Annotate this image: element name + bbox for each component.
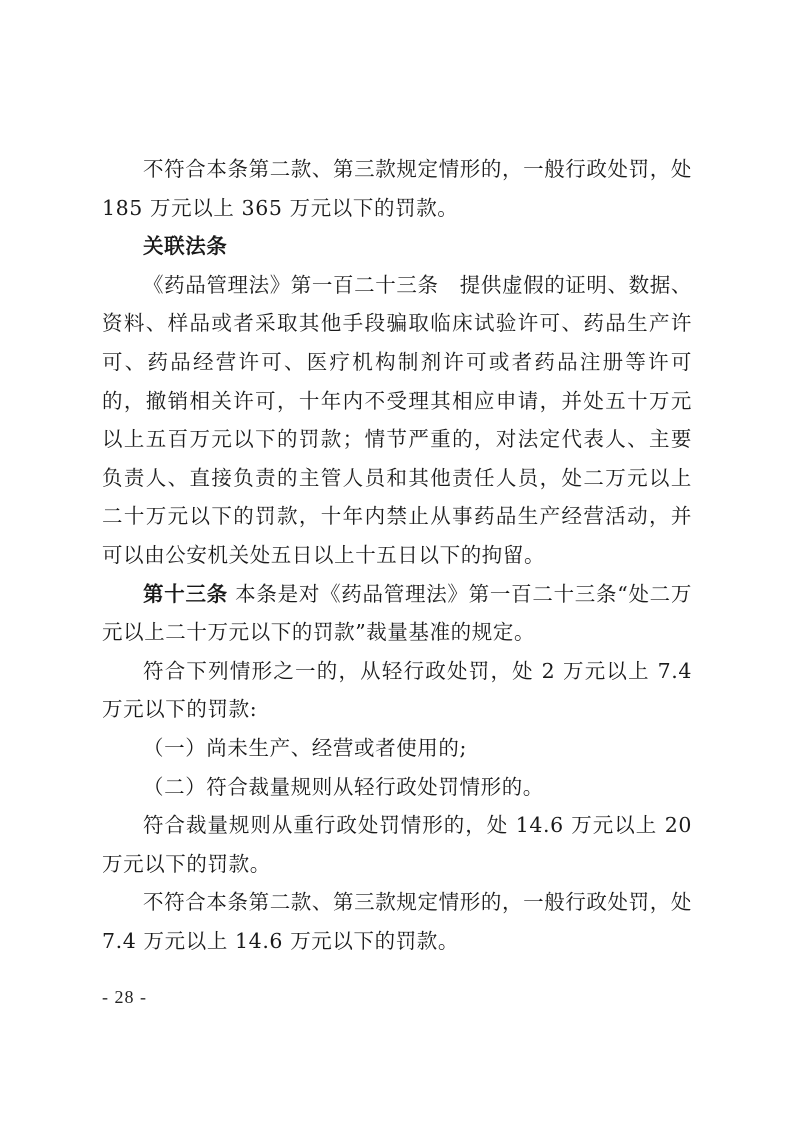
paragraph-general-penalty: 不符合本条第二款、第三款规定情形的，一般行政处罚，处 7.4 万元以上 14.6…	[102, 883, 692, 960]
list-item-not-produced: （一）尚未生产、经营或者使用的;	[102, 729, 692, 768]
paragraph-heavier-penalty: 符合裁量规则从重行政处罚情形的，处 14.6 万元以上 20 万元以下的罚款。	[102, 806, 692, 883]
paragraph-general-penalty-prev: 不符合本条第二款、第三款规定情形的，一般行政处罚，处 185 万元以上 365 …	[102, 150, 692, 227]
paragraph-article-13: 第十三条 本条是对《药品管理法》第一百二十三条“处二万元以上二十万元以下的罚款”…	[102, 575, 692, 652]
document-page: 不符合本条第二款、第三款规定情形的，一般行政处罚，处 185 万元以上 365 …	[102, 150, 692, 960]
page-number: - 28 -	[102, 987, 147, 1008]
list-item-lenient-rules: （二）符合裁量规则从轻行政处罚情形的。	[102, 768, 692, 807]
paragraph-drug-law-article-123: 《药品管理法》第一百二十三条 提供虚假的证明、数据、资料、样品或者采取其他手段骗…	[102, 266, 692, 575]
related-articles-heading: 关联法条	[102, 227, 692, 266]
article-13-label: 第十三条	[143, 582, 228, 606]
paragraph-lenient-penalty: 符合下列情形之一的，从轻行政处罚，处 2 万元以上 7.4 万元以下的罚款:	[102, 652, 692, 729]
